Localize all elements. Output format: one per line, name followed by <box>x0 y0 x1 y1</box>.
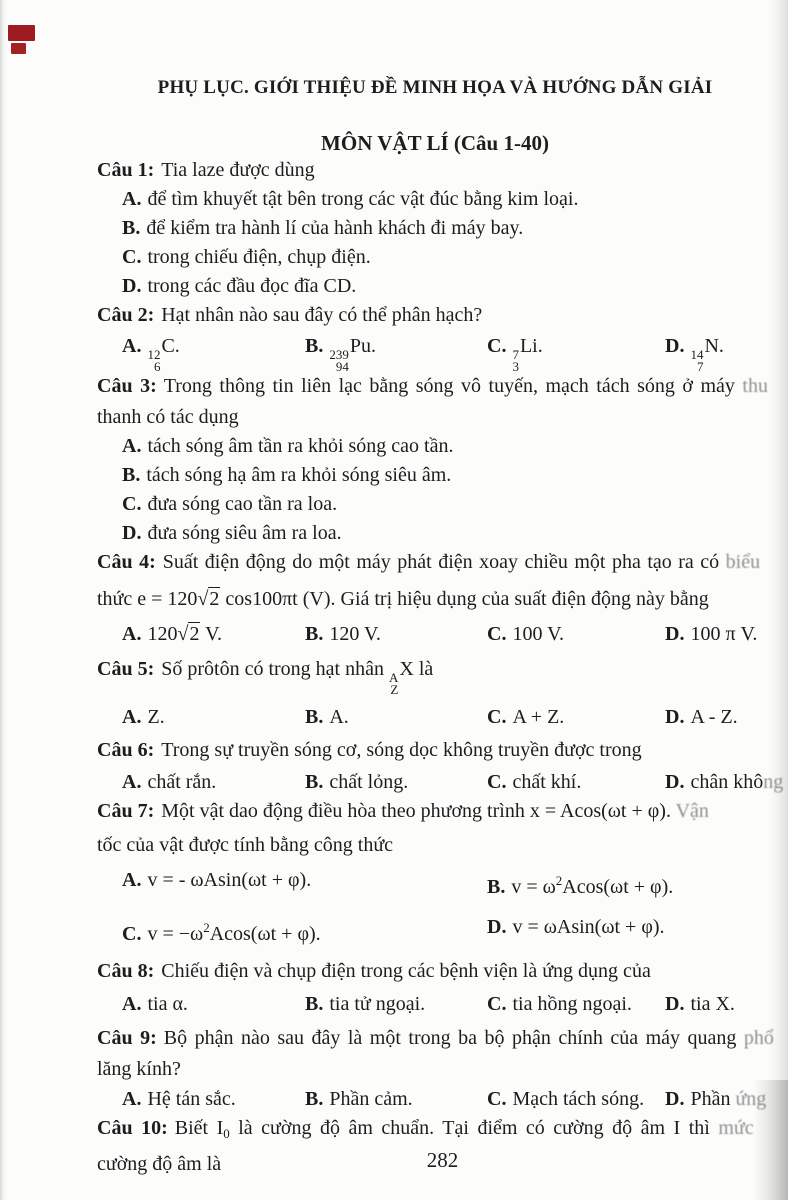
option-a: A.126C. <box>122 332 305 372</box>
question-3-option-b: B.tách sóng hạ âm ra khỏi sóng siêu âm. <box>97 461 788 490</box>
option-label: A. <box>122 706 141 728</box>
option-text: chân khô <box>690 771 763 793</box>
question-3-option-a: A.tách sóng âm tần ra khỏi sóng cao tần. <box>97 432 788 461</box>
option-text: Mạch tách sóng. <box>512 1088 644 1110</box>
option-label: C. <box>487 771 506 793</box>
question-text: tốc của vật được tính bằng công thức <box>97 834 393 856</box>
option-text: trong chiếu điện, chụp điện. <box>147 246 370 268</box>
question-text: Suất điện động do một máy phát điện xoay… <box>163 551 719 573</box>
option-label: B. <box>305 623 323 645</box>
question-label: Câu 9: <box>97 1027 157 1049</box>
option-text: chất khí. <box>512 771 581 793</box>
option-label: B. <box>305 993 323 1015</box>
question-label: Câu 5: <box>97 658 154 680</box>
question-label: Câu 6: <box>97 739 154 761</box>
question-7: Câu 7:Một vật dao động điều hòa theo phư… <box>97 797 788 826</box>
option-c: C.chất khí. <box>487 768 665 797</box>
page-left-edge-shadow <box>0 0 7 1200</box>
question-9-continued: lăng kính? <box>97 1055 788 1084</box>
option-label: D. <box>487 916 506 938</box>
question-4-options: A.120√2 V. B.120 V. C.100 V. D.100 π V. <box>97 620 788 649</box>
question-6: Câu 6:Trong sự truyền sóng cơ, sóng dọc … <box>97 736 788 765</box>
option-text: trong các đầu đọc đĩa CD. <box>147 275 356 297</box>
nuclide-scripts: 23994 <box>329 349 349 372</box>
option-a: A.v = - ωAsin(ωt + φ). <box>122 866 487 902</box>
option-label: C. <box>487 706 506 728</box>
option-label: B. <box>305 771 323 793</box>
option-value: 120 <box>147 623 177 645</box>
question-1-option-c: C.trong chiếu điện, chụp điện. <box>97 243 788 272</box>
nuclide-charge: Z <box>390 684 398 696</box>
option-label: C. <box>122 923 141 945</box>
question-label: Câu 1: <box>97 159 154 181</box>
question-text: Tia laze được dùng <box>161 159 314 181</box>
nuclide-charge: 6 <box>154 361 161 373</box>
question-2: Câu 2:Hạt nhân nào sau đây có thể phân h… <box>97 301 788 330</box>
option-d: D.147N. <box>665 332 788 372</box>
option-d: D.Phần ứng <box>665 1085 788 1114</box>
question-9-options: A.Hệ tán sắc. B.Phần cảm. C.Mạch tách só… <box>97 1085 788 1114</box>
sqrt-radical: √ <box>197 588 208 610</box>
question-text: Trong thông tin liên lạc bằng sóng vô tu… <box>164 375 735 397</box>
option-text: 100 π V. <box>690 623 757 645</box>
option-b: B.120 V. <box>305 620 487 649</box>
option-label: C. <box>122 493 141 515</box>
edge-faded-word: thu <box>742 375 768 397</box>
option-label: B. <box>305 1088 323 1110</box>
option-label: B. <box>305 706 323 728</box>
formula-pre: v = −ω <box>147 923 203 945</box>
nuclide-symbol: C. <box>161 335 179 357</box>
nuclide-symbol: Pu. <box>350 335 376 357</box>
question-3-option-c: C.đưa sóng cao tần ra loa. <box>97 490 788 519</box>
option-d: D.tia X. <box>665 990 788 1019</box>
question-4: Câu 4:Suất điện động do một máy phát điệ… <box>97 548 788 577</box>
option-b: B.chất lỏng. <box>305 768 487 797</box>
question-label: Câu 2: <box>97 304 154 326</box>
option-b: B.Phần cảm. <box>305 1085 487 1114</box>
option-label: D. <box>665 1088 684 1110</box>
option-text: tia hồng ngoại. <box>512 993 631 1015</box>
option-text: Phần <box>690 1088 730 1110</box>
option-a: A.tia α. <box>122 990 305 1019</box>
question-7-options-row-2: C.v = −ω2Acos(ωt + φ). D.v = ωAsin(ωt + … <box>97 913 788 949</box>
formula-post: cos100πt (V). Giá trị hiệu dụng của suất… <box>220 588 708 610</box>
question-label: Câu 8: <box>97 960 154 982</box>
option-label: A. <box>122 771 141 793</box>
question-label: Câu 4: <box>97 551 156 573</box>
question-3-continued: thanh có tác dụng <box>97 403 788 432</box>
option-label: D. <box>665 623 684 645</box>
question-label: Câu 3: <box>97 375 157 397</box>
edge-faded-word: Vận <box>676 800 709 822</box>
red-stamp-mark <box>8 25 35 41</box>
option-label: B. <box>122 464 140 486</box>
question-10: Câu 10:Biết I0 là cường độ âm chuẩn. Tại… <box>97 1114 788 1148</box>
question-text: Trong sự truyền sóng cơ, sóng dọc không … <box>161 739 641 761</box>
option-unit: V. <box>200 623 222 645</box>
nuclide-symbol: N. <box>704 335 723 357</box>
option-text: 120 V. <box>329 623 381 645</box>
red-stamp-mark-small <box>11 43 26 54</box>
option-c: C.Mạch tách sóng. <box>487 1085 665 1114</box>
option-label: A. <box>122 1088 141 1110</box>
formula: v = - ωAsin(ωt + φ). <box>147 869 311 891</box>
option-text: tia X. <box>690 993 734 1015</box>
question-8: Câu 8:Chiếu điện và chụp điện trong các … <box>97 957 788 986</box>
question-text: Chiếu điện và chụp điện trong các bệnh v… <box>161 960 651 982</box>
nuclide-charge: 94 <box>336 361 349 373</box>
option-b: B.23994Pu. <box>305 332 487 372</box>
formula-post: Acos(ωt + φ). <box>210 923 321 945</box>
option-text: tia tử ngoại. <box>329 993 425 1015</box>
formula-post: Acos(ωt + φ). <box>562 876 673 898</box>
option-label: D. <box>665 993 684 1015</box>
nuclide-symbol: Li. <box>520 335 543 357</box>
option-text: để kiểm tra hành lí của hành khách đi má… <box>146 217 523 239</box>
question-text: thanh có tác dụng <box>97 406 239 428</box>
scanned-exam-page: PHỤ LỤC. GIỚI THIỆU ĐỀ MINH HỌA VÀ HƯỚNG… <box>0 0 788 1200</box>
question-text: là <box>419 658 433 680</box>
option-label: C. <box>487 1088 506 1110</box>
option-d: D.chân không <box>665 768 788 797</box>
option-label: A. <box>122 993 141 1015</box>
page-title: PHỤ LỤC. GIỚI THIỆU ĐỀ MINH HỌA VÀ HƯỚNG… <box>90 77 780 99</box>
option-label: B. <box>487 876 505 898</box>
sqrt-radicand: 2 <box>188 622 200 645</box>
formula-pre: thức e = 120 <box>97 588 197 610</box>
question-1-option-b: B.để kiểm tra hành lí của hành khách đi … <box>97 214 788 243</box>
option-label: B. <box>305 335 323 357</box>
question-9: Câu 9:Bộ phận nào sau đây là một trong b… <box>97 1024 788 1053</box>
formula: v = ωAsin(ωt + φ). <box>512 916 664 938</box>
option-c: C.tia hồng ngoại. <box>487 990 665 1019</box>
question-1: Câu 1:Tia laze được dùng <box>97 156 788 185</box>
option-label: A. <box>122 869 141 891</box>
question-text: Bộ phận nào sau đây là một trong ba bộ p… <box>164 1027 737 1049</box>
sqrt-radicand: 2 <box>208 587 220 610</box>
option-text: chất lỏng. <box>329 771 408 793</box>
option-label: A. <box>122 188 141 210</box>
option-a: A.chất rắn. <box>122 768 305 797</box>
option-text: Phần cảm. <box>329 1088 412 1110</box>
question-text: Hạt nhân nào sau đây có thể phân hạch? <box>161 304 482 326</box>
question-7-options-row-1: A.v = - ωAsin(ωt + φ). B.v = ω2Acos(ωt +… <box>97 866 788 902</box>
option-label: A. <box>122 435 141 457</box>
question-label: Câu 7: <box>97 800 154 822</box>
question-text: lăng kính? <box>97 1058 181 1080</box>
option-c: C.100 V. <box>487 620 665 649</box>
option-label: D. <box>665 335 684 357</box>
option-label: C. <box>487 335 506 357</box>
nuclide-charge: 3 <box>512 361 519 373</box>
questions-area: Câu 1:Tia laze được dùng A.để tìm khuyết… <box>97 156 788 1179</box>
nuclide-scripts: 73 <box>512 349 519 372</box>
option-label: D. <box>665 706 684 728</box>
option-label: A. <box>122 623 141 645</box>
question-6-options: A.chất rắn. B.chất lỏng. C.chất khí. D.c… <box>97 768 788 797</box>
option-c: C.73Li. <box>487 332 665 372</box>
page-number: 282 <box>97 1148 788 1173</box>
nuclide-scripts: 126 <box>147 349 160 372</box>
nuclide-scripts: AZ <box>389 672 398 695</box>
option-text: đưa sóng cao tần ra loa. <box>147 493 337 515</box>
option-text: tách sóng âm tần ra khỏi sóng cao tần. <box>147 435 453 457</box>
option-label: D. <box>122 275 141 297</box>
option-label: D. <box>122 522 141 544</box>
option-b: B.tia tử ngoại. <box>305 990 487 1019</box>
question-5: Câu 5:Số prôtôn có trong hạt nhân AZX là <box>97 655 788 695</box>
question-2-options: A.126C. B.23994Pu. C.73Li. D.147N. <box>97 332 788 372</box>
question-4-formula-line: thức e = 120√2 cos100πt (V). Giá trị hiệ… <box>97 585 788 614</box>
option-d: D.A - Z. <box>665 703 788 732</box>
option-d: D.v = ωAsin(ωt + φ). <box>487 913 788 949</box>
edge-faded-word: biểu <box>726 551 760 573</box>
option-text: Z. <box>147 706 164 728</box>
option-label: C. <box>122 246 141 268</box>
option-b: B.A. <box>305 703 487 732</box>
question-label: Câu 10: <box>97 1117 168 1139</box>
option-text: tia α. <box>147 993 187 1015</box>
edge-faded-word: mức <box>718 1117 753 1139</box>
section-subtitle: MÔN VẬT LÍ (Câu 1-40) <box>90 131 780 156</box>
question-3-option-d: D.đưa sóng siêu âm ra loa. <box>97 519 788 548</box>
option-text: A. <box>329 706 348 728</box>
option-label: C. <box>487 623 506 645</box>
option-text: A - Z. <box>690 706 737 728</box>
option-text: đưa sóng siêu âm ra loa. <box>147 522 341 544</box>
option-text: Hệ tán sắc. <box>147 1088 235 1110</box>
option-text: tách sóng hạ âm ra khỏi sóng siêu âm. <box>146 464 451 486</box>
option-d: D.100 π V. <box>665 620 788 649</box>
question-text: Số prôtôn có trong hạt nhân <box>161 658 384 680</box>
option-a: A.120√2 V. <box>122 620 305 649</box>
option-b: B.v = ω2Acos(ωt + φ). <box>487 866 788 902</box>
question-text: Một vật dao động điều hòa theo phương tr… <box>161 800 671 822</box>
option-a: A.Hệ tán sắc. <box>122 1085 305 1114</box>
question-text: Biết I <box>175 1117 224 1139</box>
option-label: A. <box>122 335 141 357</box>
option-text: A + Z. <box>512 706 564 728</box>
edge-faded-word: ứng <box>735 1088 766 1110</box>
question-1-option-d: D.trong các đầu đọc đĩa CD. <box>97 272 788 301</box>
option-label: C. <box>487 993 506 1015</box>
question-text: là cường độ âm chuẩn. Tại điểm có cường … <box>230 1117 710 1139</box>
question-3: Câu 3:Trong thông tin liên lạc bằng sóng… <box>97 372 788 401</box>
formula-pre: v = ω <box>511 876 555 898</box>
option-a: A.Z. <box>122 703 305 732</box>
nuclide-scripts: 147 <box>690 349 703 372</box>
question-8-options: A.tia α. B.tia tử ngoại. C.tia hồng ngoạ… <box>97 990 788 1019</box>
nuclide-charge: 7 <box>697 361 704 373</box>
edge-faded-word: phổ <box>744 1027 774 1049</box>
sqrt-radical: √ <box>177 623 188 645</box>
option-c: C.A + Z. <box>487 703 665 732</box>
option-text: 100 V. <box>512 623 564 645</box>
question-5-options: A.Z. B.A. C.A + Z. D.A - Z. <box>97 703 788 732</box>
option-c: C.v = −ω2Acos(ωt + φ). <box>122 913 487 949</box>
option-label: B. <box>122 217 140 239</box>
nuclide-symbol: X <box>399 658 413 680</box>
option-text: để tìm khuyết tật bên trong các vật đúc … <box>147 188 578 210</box>
question-1-option-a: A.để tìm khuyết tật bên trong các vật đú… <box>97 185 788 214</box>
option-label: D. <box>665 771 684 793</box>
question-7-continued: tốc của vật được tính bằng công thức <box>97 831 788 860</box>
option-text: chất rắn. <box>147 771 216 793</box>
edge-faded-word: ng <box>763 771 783 793</box>
